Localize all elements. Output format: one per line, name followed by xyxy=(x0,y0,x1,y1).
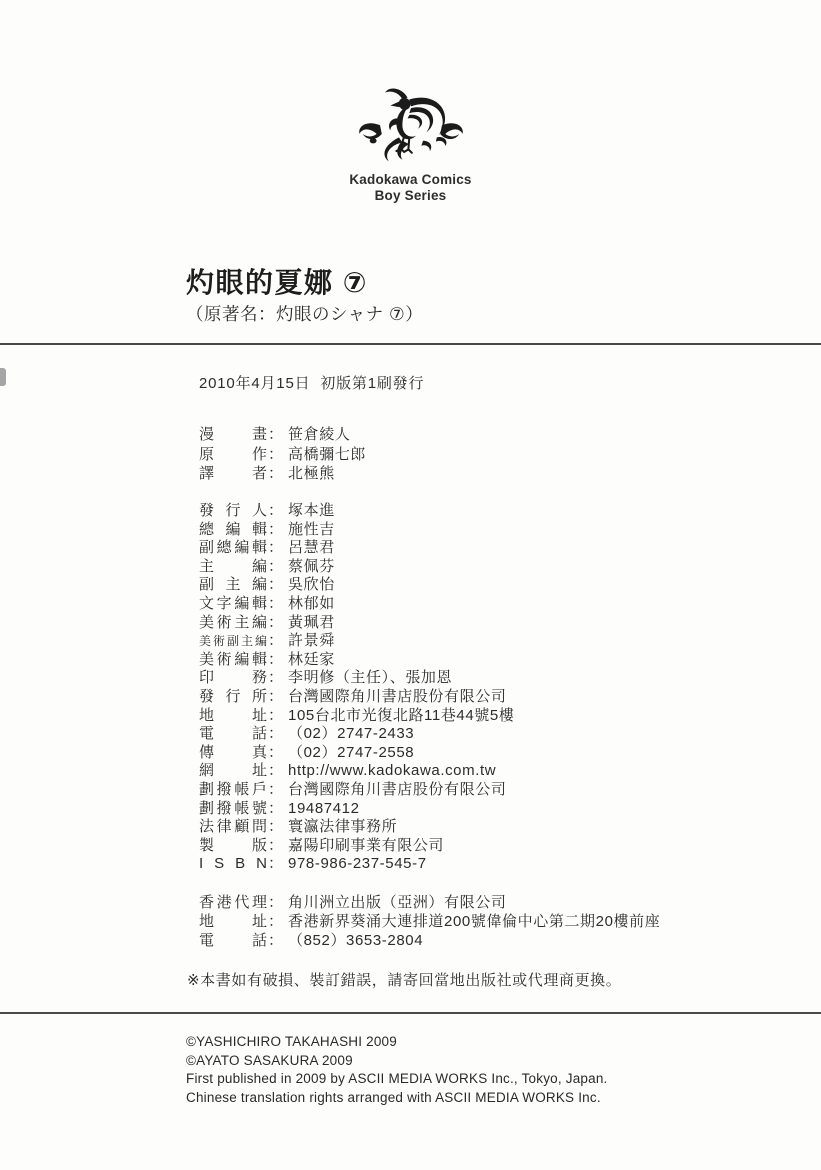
credit-label: 主編 xyxy=(199,558,267,577)
copyright-line: ©YASHICHIRO TAKAHASHI 2009 xyxy=(186,1033,608,1052)
credit-label: 劃撥帳戶 xyxy=(199,781,267,800)
credits-staff: 發行人：塚本進 總編輯：施性吉 副總編輯：呂慧君 主編：蔡佩芬 副主編：吳欣怡 … xyxy=(199,502,514,874)
credit-value: 台灣國際角川書店股份有限公司 xyxy=(288,781,506,798)
credit-colon: ： xyxy=(268,521,283,540)
credit-row: 地址：105台北市光復北路11巷44號5樓 xyxy=(199,707,514,726)
credit-row: 電話：（02）2747-2433 xyxy=(199,725,514,744)
credit-colon: ： xyxy=(268,595,283,614)
credit-colon: ： xyxy=(268,425,283,445)
credit-row: 原作：高橋彌七郎 xyxy=(199,445,366,465)
credit-value: 105台北市光復北路11巷44號5樓 xyxy=(288,707,514,724)
credit-colon: ： xyxy=(268,893,283,912)
credit-label: 香港代理 xyxy=(199,893,267,912)
credit-colon: ： xyxy=(268,539,283,558)
credit-colon: ： xyxy=(268,800,283,819)
credit-row: 劃撥帳號：19487412 xyxy=(199,800,514,819)
credit-colon: ： xyxy=(268,502,283,521)
credit-label: 美術編輯 xyxy=(199,651,267,670)
credit-row: 總編輯：施性吉 xyxy=(199,521,514,540)
credit-row: 美術編輯：林廷家 xyxy=(199,651,514,670)
credit-row: 傳真：（02）2747-2558 xyxy=(199,744,514,763)
credit-value: 嘉陽印刷事業有限公司 xyxy=(288,837,444,854)
credit-row: 電話：（852）3653-2804 xyxy=(199,931,660,950)
book-original-title: （原著名：灼眼のシャナ ⑦） xyxy=(186,302,423,326)
credit-colon: ： xyxy=(268,912,283,931)
credit-label: 地址 xyxy=(199,707,267,726)
credit-colon: ： xyxy=(268,632,283,651)
top-divider xyxy=(0,343,821,345)
kadokawa-phoenix-icon xyxy=(0,84,821,170)
credit-colon: ： xyxy=(268,837,283,856)
credit-row: 發行所：台灣國際角川書店股份有限公司 xyxy=(199,688,514,707)
credit-value: 林廷家 xyxy=(288,651,335,668)
credit-value: （852）3653-2804 xyxy=(288,932,423,949)
credit-row: 地址：香港新界葵涌大連排道200號偉倫中心第二期20樓前座 xyxy=(199,912,660,931)
credit-colon: ： xyxy=(268,576,283,595)
credit-label: 劃撥帳號 xyxy=(199,800,267,819)
credit-label: 美術副主編 xyxy=(199,632,267,651)
logo-text-line1: Kadokawa Comics xyxy=(0,172,821,188)
credit-colon: ： xyxy=(268,651,283,670)
credit-value: 李明修（主任）、張加恩 xyxy=(288,669,452,686)
credit-colon: ： xyxy=(268,762,283,781)
credit-value: （02）2747-2433 xyxy=(288,725,414,742)
credit-label: 印務 xyxy=(199,669,267,688)
credit-label: 電話 xyxy=(199,725,267,744)
credit-value: （02）2747-2558 xyxy=(288,744,414,761)
bottom-divider xyxy=(0,1012,821,1014)
credit-colon: ： xyxy=(268,818,283,837)
credit-colon: ： xyxy=(268,445,283,465)
publisher-logo-block: Kadokawa Comics Boy Series xyxy=(0,84,821,204)
credit-value: 978-986-237-545-7 xyxy=(288,855,427,872)
credit-value: 笹倉綾人 xyxy=(288,426,350,443)
credit-colon: ： xyxy=(268,725,283,744)
copyright-line: ©AYATO SASAKURA 2009 xyxy=(186,1052,608,1071)
credit-label: 製版 xyxy=(199,837,267,856)
credit-colon: ： xyxy=(268,744,283,763)
credit-value: 北極熊 xyxy=(288,465,335,482)
credit-value: 蔡佩芬 xyxy=(288,558,335,575)
credit-row: ISBN：978-986-237-545-7 xyxy=(199,855,514,874)
credit-label: 傳真 xyxy=(199,744,267,763)
replacement-notice: ※本書如有破損、裝訂錯誤，請寄回當地出版社或代理商更換。 xyxy=(187,969,621,990)
credit-row: 美術副主編：許景舜 xyxy=(199,632,514,651)
credit-row: 製版：嘉陽印刷事業有限公司 xyxy=(199,837,514,856)
credit-label: 漫畫 xyxy=(199,425,267,445)
credit-row: 譯者：北極熊 xyxy=(199,464,366,484)
credit-row: 印務：李明修（主任）、張加恩 xyxy=(199,669,514,688)
scan-artifact xyxy=(0,368,6,386)
credit-row: 網址：http://www.kadokawa.com.tw xyxy=(199,762,514,781)
credit-label: 副主編 xyxy=(199,576,267,595)
copyright-block: ©YASHICHIRO TAKAHASHI 2009 ©AYATO SASAKU… xyxy=(186,1033,608,1107)
credit-colon: ： xyxy=(268,855,283,874)
edition-date: 2010年4月15日 初版第1刷發行 xyxy=(199,372,424,393)
credit-row: 漫畫：笹倉綾人 xyxy=(199,425,366,445)
credit-row: 法律顧問：寰瀛法律事務所 xyxy=(199,818,514,837)
credit-value: 塚本進 xyxy=(288,502,335,519)
colophon-page: Kadokawa Comics Boy Series 灼眼的夏娜 ⑦ （原著名：… xyxy=(0,0,821,1170)
credit-row: 主編：蔡佩芬 xyxy=(199,558,514,577)
credit-value: 角川洲立出版（亞洲）有限公司 xyxy=(288,894,506,911)
credit-colon: ： xyxy=(268,688,283,707)
credit-value: 林郁如 xyxy=(288,595,335,612)
credit-colon: ： xyxy=(268,464,283,484)
credit-label: 法律顧問 xyxy=(199,818,267,837)
credit-value: 黃珮君 xyxy=(288,614,335,631)
credit-row: 副主編：吳欣怡 xyxy=(199,576,514,595)
credit-row: 美術主編：黃珮君 xyxy=(199,614,514,633)
credit-row: 發行人：塚本進 xyxy=(199,502,514,521)
credit-colon: ： xyxy=(268,558,283,577)
copyright-line: Chinese translation rights arranged with… xyxy=(186,1089,608,1108)
credit-value: 呂慧君 xyxy=(288,539,335,556)
credit-colon: ： xyxy=(268,707,283,726)
credit-label: 地址 xyxy=(199,912,267,931)
credits-primary: 漫畫：笹倉綾人 原作：高橋彌七郎 譯者：北極熊 xyxy=(199,425,366,484)
credit-value: 19487412 xyxy=(288,800,360,817)
credit-row: 副總編輯：呂慧君 xyxy=(199,539,514,558)
credit-label: 總編輯 xyxy=(199,521,267,540)
credit-value credit-url: http://www.kadokawa.com.tw xyxy=(288,762,496,779)
credit-colon: ： xyxy=(268,614,283,633)
credit-label: 副總編輯 xyxy=(199,539,267,558)
credit-value: 吳欣怡 xyxy=(288,576,335,593)
credit-label: 發行人 xyxy=(199,502,267,521)
credit-value: 寰瀛法律事務所 xyxy=(288,818,397,835)
credit-label: 文字編輯 xyxy=(199,595,267,614)
credit-label: 美術主編 xyxy=(199,614,267,633)
title-block: 灼眼的夏娜 ⑦ （原著名：灼眼のシャナ ⑦） xyxy=(186,266,423,326)
credit-value: 香港新界葵涌大連排道200號偉倫中心第二期20樓前座 xyxy=(288,913,660,930)
credit-row: 香港代理：角川洲立出版（亞洲）有限公司 xyxy=(199,893,660,912)
credit-label: 網址 xyxy=(199,762,267,781)
credit-label: ISBN xyxy=(199,855,267,874)
copyright-line: First published in 2009 by ASCII MEDIA W… xyxy=(186,1070,608,1089)
credit-colon: ： xyxy=(268,669,283,688)
credit-row: 文字編輯：林郁如 xyxy=(199,595,514,614)
credit-label: 發行所 xyxy=(199,688,267,707)
credit-label: 原作 xyxy=(199,445,267,465)
credit-value: 高橋彌七郎 xyxy=(288,446,366,463)
credit-label: 譯者 xyxy=(199,464,267,484)
book-title: 灼眼的夏娜 ⑦ xyxy=(186,266,423,300)
credit-value: 許景舜 xyxy=(288,632,335,649)
credit-label: 電話 xyxy=(199,931,267,950)
credit-value: 施性吉 xyxy=(288,521,335,538)
credits-hk-agent: 香港代理：角川洲立出版（亞洲）有限公司 地址：香港新界葵涌大連排道200號偉倫中… xyxy=(199,893,660,950)
logo-text-line2: Boy Series xyxy=(0,188,821,204)
credit-colon: ： xyxy=(268,931,283,950)
credit-row: 劃撥帳戶：台灣國際角川書店股份有限公司 xyxy=(199,781,514,800)
credit-value: 台灣國際角川書店股份有限公司 xyxy=(288,688,506,705)
credit-colon: ： xyxy=(268,781,283,800)
